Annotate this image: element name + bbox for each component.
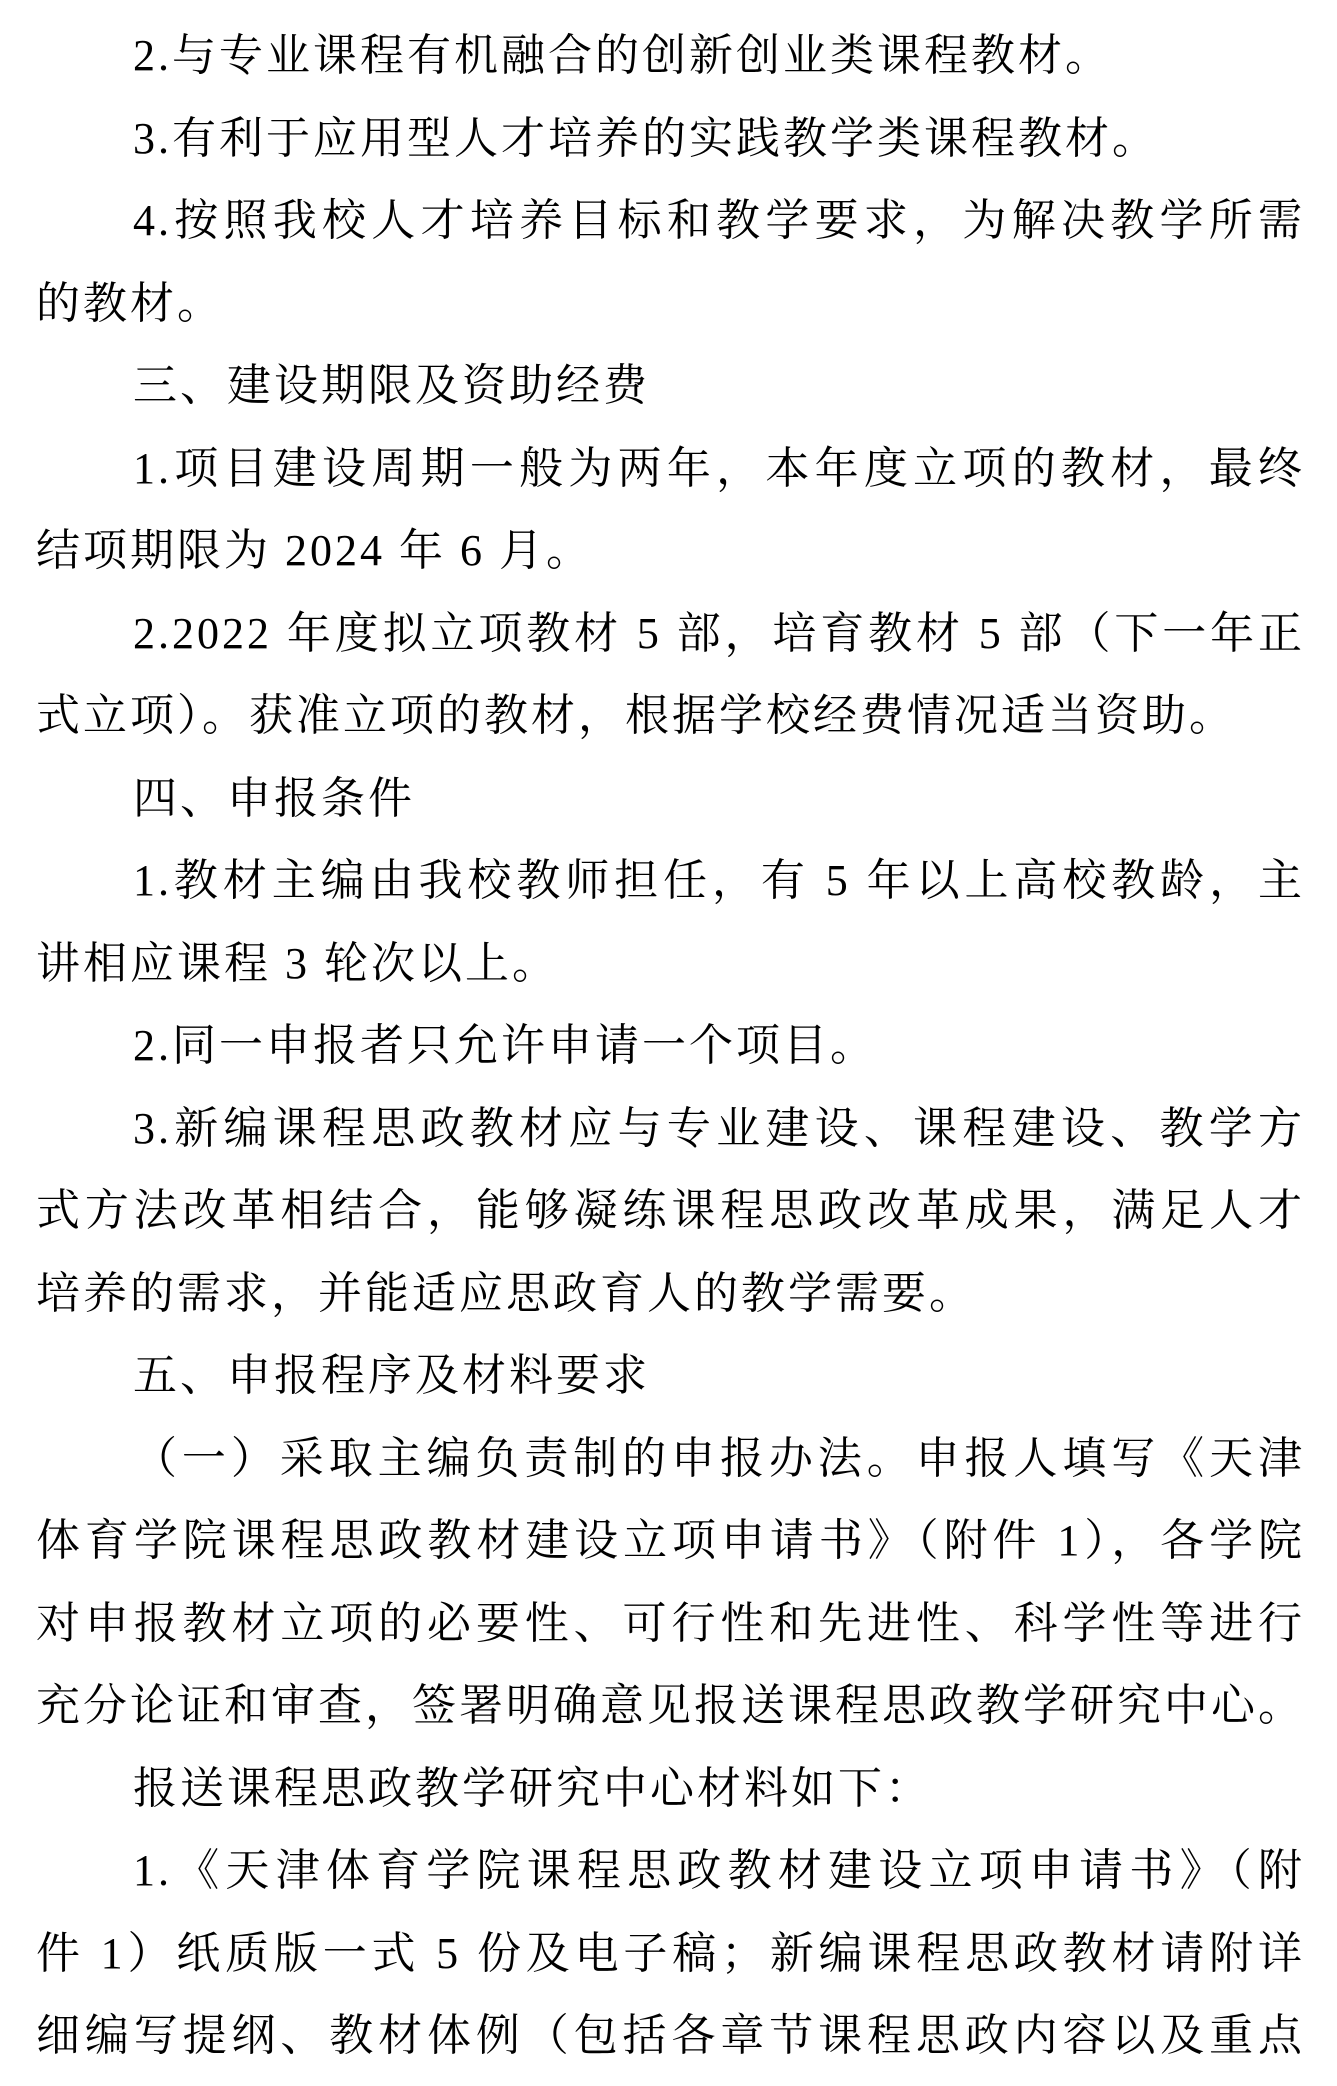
text-line: 1.教材主编由我校教师担任，有 5 年以上高校教龄，主: [36, 840, 1305, 923]
text-line: （一）采取主编负责制的申报办法。申报人填写《天津: [36, 1418, 1305, 1501]
text-line: 1.项目建设周期一般为两年，本年度立项的教材，最终: [36, 428, 1305, 511]
text-line: 1.《天津体育学院课程思政教材建设立项申请书》（附: [36, 1830, 1305, 1913]
text-line: 五、申报程序及材料要求: [36, 1335, 1305, 1418]
text-line: 4.按照我校人才培养目标和教学要求，为解决教学所需: [36, 180, 1305, 263]
text-line: 四、申报条件: [36, 758, 1305, 841]
document-body: 2.与专业课程有机融合的创新创业类课程教材。3.有利于应用型人才培养的实践教学类…: [36, 15, 1305, 2078]
text-line: 件 1）纸质版一式 5 份及电子稿；新编课程思政教材请附详: [36, 1913, 1305, 1996]
text-line: 3.有利于应用型人才培养的实践教学类课程教材。: [36, 98, 1305, 181]
document-page: 2.与专业课程有机融合的创新创业类课程教材。3.有利于应用型人才培养的实践教学类…: [0, 0, 1337, 2086]
text-line: 2.与专业课程有机融合的创新创业类课程教材。: [36, 15, 1305, 98]
text-line: 培养的需求，并能适应思政育人的教学需要。: [36, 1253, 1305, 1336]
text-line: 充分论证和审查，签署明确意见报送课程思政教学研究中心。: [36, 1665, 1305, 1748]
text-line: 细编写提纲、教材体例（包括各章节课程思政内容以及重点: [36, 1995, 1305, 2078]
text-line: 3.新编课程思政教材应与专业建设、课程建设、教学方: [36, 1088, 1305, 1171]
text-line: 式方法改革相结合，能够凝练课程思政改革成果，满足人才: [36, 1170, 1305, 1253]
text-line: 报送课程思政教学研究中心材料如下：: [36, 1748, 1305, 1831]
text-line: 2.同一申报者只允许申请一个项目。: [36, 1005, 1305, 1088]
text-line: 三、建设期限及资助经费: [36, 345, 1305, 428]
text-line: 对申报教材立项的必要性、可行性和先进性、科学性等进行: [36, 1583, 1305, 1666]
text-line: 式立项）。获准立项的教材，根据学校经费情况适当资助。: [36, 675, 1305, 758]
text-line: 2.2022 年度拟立项教材 5 部，培育教材 5 部（下一年正: [36, 593, 1305, 676]
text-line: 结项期限为 2024 年 6 月。: [36, 510, 1305, 593]
text-line: 讲相应课程 3 轮次以上。: [36, 923, 1305, 1006]
text-line: 体育学院课程思政教材建设立项申请书》（附件 1），各学院: [36, 1500, 1305, 1583]
text-line: 的教材。: [36, 263, 1305, 346]
